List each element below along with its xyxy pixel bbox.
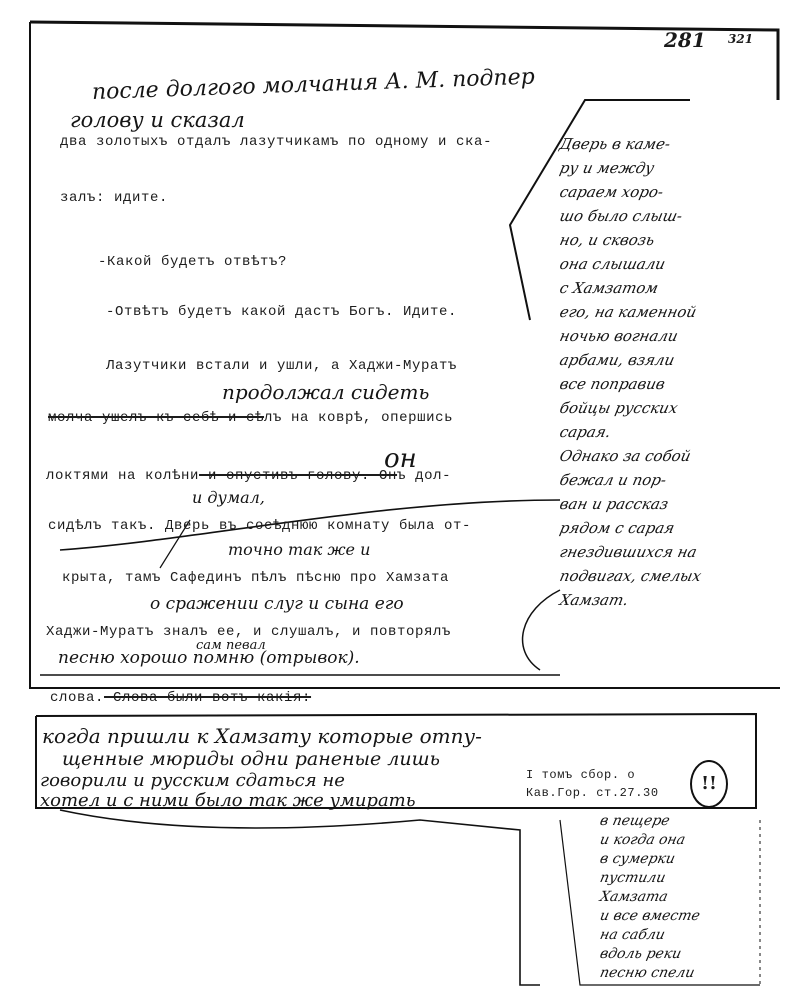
typed-text: слова. [50, 690, 104, 706]
margin-note: с Хамзатом [557, 276, 703, 300]
typed-line-9: крыта, тамъ Сафединъ пѣлъ пѣсню про Хамз… [62, 570, 449, 586]
typed-line-4: -Отвѣтъ будетъ какой дастъ Богъ. Идите. [106, 304, 457, 320]
margin-note: подвигах, смелых [557, 564, 703, 588]
lower-fragment-notes: в пещере и когда она в сумерки пустили Х… [600, 812, 700, 983]
archive-mark: 321 [728, 32, 753, 46]
fragment-note: в сумерки [598, 850, 702, 869]
handwritten-insertion-top-1: после долгого молчания А. М. подпер [92, 65, 536, 105]
bottom-handwriting-4: хотел и с ними было так же умирать [40, 790, 416, 811]
typed-line-3: -Какой будетъ отвѣтъ? [98, 254, 287, 270]
fragment-note: в пещере [598, 812, 702, 831]
typed-line-8: сидѣлъ такъ. Дверь въ сосѣднюю комнату б… [48, 518, 471, 534]
margin-note: сараем хоро- [557, 180, 703, 204]
struck-text: молча ушелъ къ себѣ и сѣ [48, 410, 264, 426]
page-number: 281 [664, 28, 706, 52]
circle-annotation: !! [690, 760, 728, 808]
margin-note: Однако за собой [557, 444, 703, 468]
margin-note: но, и сквозь [557, 228, 703, 252]
margin-notes: Дверь в каме- ру и между сараем хоро- шо… [560, 132, 701, 612]
typed-line-5: Лазутчики встали и ушли, а Хаджи-Муратъ [106, 358, 457, 374]
margin-note: гнездившихся на [557, 540, 703, 564]
handwritten-insertion-over-line-9: точно так же и [228, 540, 370, 559]
margin-note: его, на каменной [557, 300, 703, 324]
fragment-note: и когда она [598, 831, 702, 850]
handwritten-insertion-over-line-6: продолжал сидеть [222, 380, 429, 404]
margin-note: ру и между [557, 156, 703, 180]
bottom-handwriting-2: щенные мюриды одни раненые лишь [62, 748, 440, 770]
typed-line-11: слова. Слова были вотъ какія: [50, 690, 311, 706]
typed-line-6: молча ушелъ къ себѣ и сѣлъ на коврѣ, опе… [48, 410, 453, 426]
bottom-handwriting-1: когда пришли к Хамзату которые отпу- [42, 724, 482, 748]
typed-line-7: локтями на колѣни и опустивъ голову. Онъ… [46, 468, 451, 484]
bottom-typed-2: Кав.Гор. ст.27.30 [526, 786, 659, 800]
margin-note: Хамзат. [557, 588, 703, 612]
margin-note: рядом с сарая [557, 516, 703, 540]
margin-note: бежал и пор- [557, 468, 703, 492]
margin-note: сарая. [557, 420, 703, 444]
fragment-note: Хамзата [598, 888, 702, 907]
typed-text: ъ дол- [397, 468, 451, 484]
fragment-note: вдоль реки [598, 945, 702, 964]
typed-line-2: залъ: идите. [60, 190, 168, 206]
fragment-note: на сабли [598, 926, 702, 945]
margin-note: арбами, взяли [557, 348, 703, 372]
margin-note: она слышали [557, 252, 703, 276]
margin-note: все поправив [557, 372, 703, 396]
fragment-note: пустили [598, 869, 702, 888]
typed-text: лъ на коврѣ, опершись [264, 410, 453, 426]
handwritten-insertion-over-line-10: о сражении слуг и сына его [150, 594, 404, 614]
fragment-note: и все вместе [598, 907, 702, 926]
handwritten-insertion-under-line-7: и думал, [192, 488, 265, 507]
margin-note: Дверь в каме- [557, 132, 703, 156]
typed-line-1: два золотыхъ отдалъ лазутчикамъ по одном… [60, 134, 492, 150]
handwritten-insertion-after-line-10: песню хорошо помню (отрывок). [58, 648, 360, 668]
margin-note: шо было слыш- [557, 204, 703, 228]
bottom-handwriting-3: говорили и русским сдаться не [40, 770, 345, 791]
fragment-note: песню спели [598, 964, 702, 983]
handwritten-insertion-top-2: голову и сказал [70, 108, 245, 132]
bottom-typed-1: I томъ сбор. о [526, 768, 635, 782]
margin-note: ночью вогнали [557, 324, 703, 348]
struck-text: Слова были вотъ какія: [104, 690, 311, 706]
struck-text: и опустивъ голову. Он [199, 468, 397, 484]
margin-note: ван и рассказ [557, 492, 703, 516]
typed-text: локтями на колѣни [46, 468, 199, 484]
margin-note: бойцы русских [557, 396, 703, 420]
